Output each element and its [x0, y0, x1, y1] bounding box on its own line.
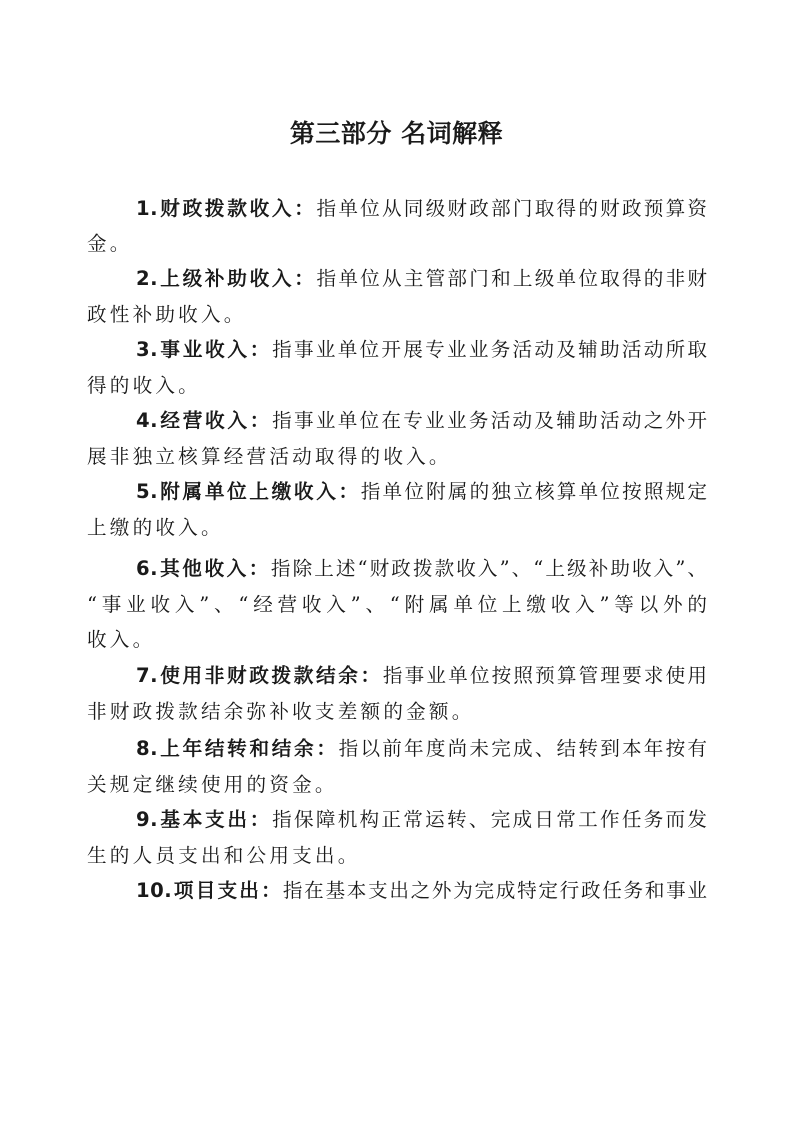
definition-item-2-line-1: 2.上级补助收入：指单位从主管部门和上级单位取得的非财 [136, 265, 707, 293]
definition-item-10-line-1: 10.项目支出：指在基本支出之外为完成特定行政任务和事业 [136, 877, 707, 905]
term-label: 7.使用非财政拨款结余： [136, 664, 383, 687]
definition-text: 指单位从同级财政部门取得的财政预算资 [317, 197, 707, 220]
term-label: 3.事业收入： [136, 338, 272, 361]
definition-text: 指单位从主管部门和上级单位取得的非财 [317, 267, 707, 290]
term-label: 2.上级补助收入： [136, 267, 317, 290]
term-label: 10.项目支出： [136, 879, 283, 902]
definition-item-6-line-2: “事业收入”、“经营收入”、“附属单位上缴收入”等以外的 [87, 591, 707, 619]
term-label: 9.基本支出： [136, 808, 272, 831]
definition-item-9-line-2: 生的人员支出和公用支出。 [87, 842, 707, 870]
definition-text: 指事业单位开展专业业务活动及辅助活动所取 [272, 338, 707, 361]
definition-item-9-line-1: 9.基本支出：指保障机构正常运转、完成日常工作任务而发 [136, 806, 707, 834]
definition-item-1-line-2: 金。 [87, 230, 707, 258]
definition-text: 指事业单位按照预算管理要求使用 [383, 664, 707, 687]
document-page: 第三部分 名词解释 1.财政拨款收入：指单位从同级财政部门取得的财政预算资 金。… [0, 0, 793, 1122]
definition-item-8-line-2: 关规定继续使用的资金。 [87, 771, 707, 799]
definition-item-6-line-3: 收入。 [87, 626, 707, 654]
term-label: 8.上年结转和结余： [136, 737, 339, 760]
term-label: 5.附属单位上缴收入： [136, 480, 361, 503]
definition-text: 指事业单位在专业业务活动及辅助活动之外开 [272, 409, 707, 432]
term-label: 4.经营收入： [136, 409, 272, 432]
definition-item-5-line-2: 上缴的收入。 [87, 514, 707, 542]
definition-item-3-line-2: 得的收入。 [87, 372, 707, 400]
definition-item-4-line-1: 4.经营收入：指事业单位在专业业务活动及辅助活动之外开 [136, 407, 707, 435]
definition-item-7-line-1: 7.使用非财政拨款结余：指事业单位按照预算管理要求使用 [136, 662, 707, 690]
definition-text: 指以前年度尚未完成、结转到本年按有 [339, 737, 707, 760]
definition-item-6-line-1: 6.其他收入：指除上述“财政拨款收入”、“上级补助收入”、 [136, 555, 707, 583]
definition-item-8-line-1: 8.上年结转和结余：指以前年度尚未完成、结转到本年按有 [136, 735, 707, 763]
definition-text: 指在基本支出之外为完成特定行政任务和事业 [283, 879, 707, 902]
definition-item-5-line-1: 5.附属单位上缴收入：指单位附属的独立核算单位按照规定 [136, 478, 707, 506]
definition-text: 指除上述“财政拨款收入”、“上级补助收入”、 [271, 557, 707, 580]
page-title: 第三部分 名词解释 [0, 116, 793, 152]
definition-text: 指单位附属的独立核算单位按照规定 [361, 480, 707, 503]
definition-item-1-line-1: 1.财政拨款收入：指单位从同级财政部门取得的财政预算资 [136, 195, 707, 223]
definition-item-2-line-2: 政性补助收入。 [87, 301, 707, 329]
definition-item-3-line-1: 3.事业收入：指事业单位开展专业业务活动及辅助活动所取 [136, 336, 707, 364]
definition-text: 指保障机构正常运转、完成日常工作任务而发 [272, 808, 707, 831]
term-label: 1.财政拨款收入： [136, 197, 317, 220]
definition-item-7-line-2: 非财政拨款结余弥补收支差额的金额。 [87, 698, 707, 726]
term-label: 6.其他收入： [136, 557, 271, 580]
definition-item-4-line-2: 展非独立核算经营活动取得的收入。 [87, 443, 707, 471]
